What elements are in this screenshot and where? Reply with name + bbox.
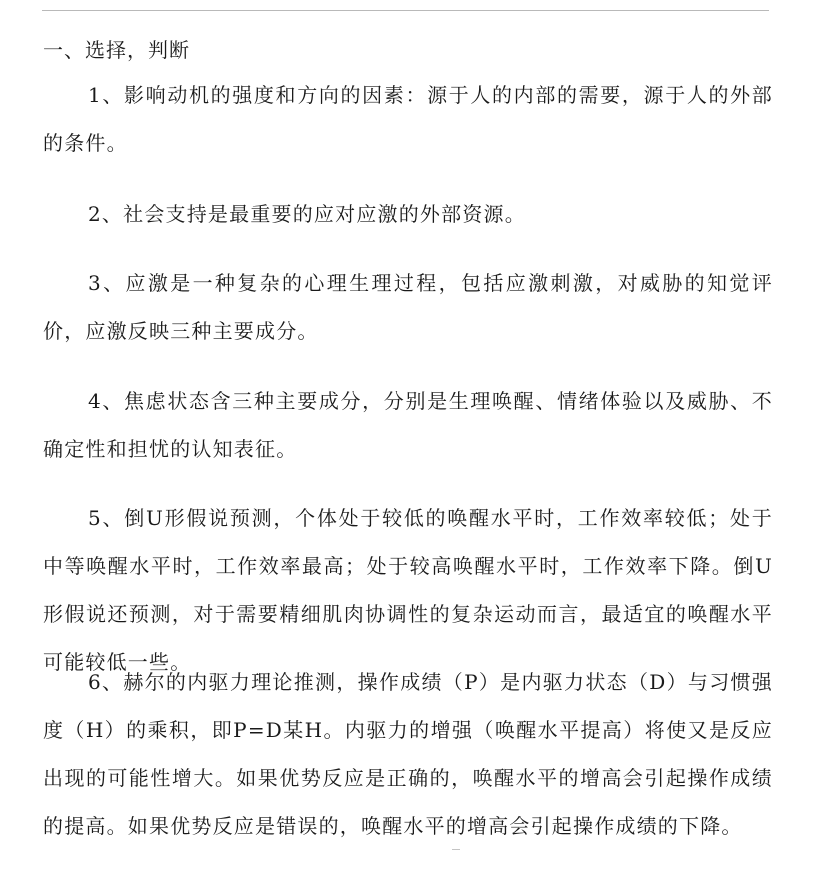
header-rule — [42, 10, 769, 11]
paragraph-1: 1、影响动机的强度和方向的因素：源于人的内部的需要，源于人的外部的条件。 — [43, 71, 773, 167]
paragraph-3: 3、应激是一种复杂的心理生理过程，包括应激刺激，对威胁的知觉评价，应激反映三种主… — [43, 259, 773, 355]
page-footer-mark — [452, 849, 460, 850]
paragraph-6: 6、赫尔的内驱力理论推测，操作成绩（P）是内驱力状态（D）与习惯强度（H）的乘积… — [43, 658, 773, 850]
paragraph-4: 4、焦虑状态含三种主要成分，分别是生理唤醒、情绪体验以及威胁、不确定性和担忧的认… — [43, 377, 773, 473]
section-heading: 一、选择，判断 — [43, 36, 190, 64]
paragraph-2: 2、社会支持是最重要的应对应激的外部资源。 — [43, 190, 773, 238]
